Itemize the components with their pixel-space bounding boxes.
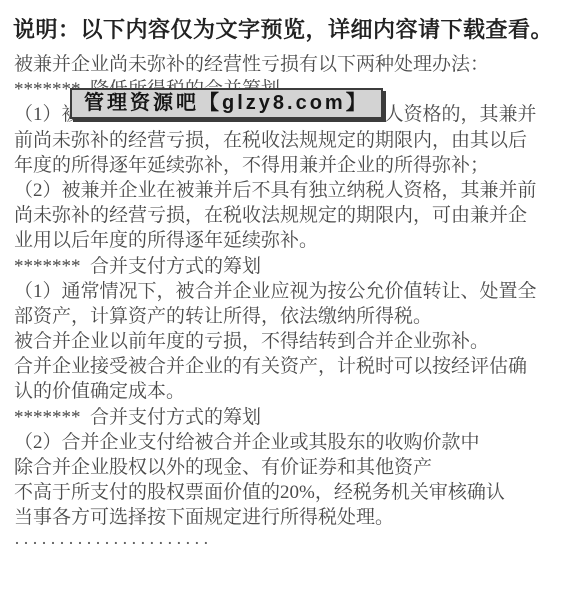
document-body: 被兼并企业尚未弥补的经营性亏损有以下两种处理办法： ******* 降低所得税的…	[14, 52, 572, 556]
text-line: （2）合并企业支付给被合并企业或其股东的收购价款中	[14, 430, 572, 455]
text-line: 被合并企业以前年度的亏损，不得结转到合并企业弥补。	[14, 329, 572, 354]
text-line: （1）通常情况下，被合并企业应视为按公允价值转让、处置全	[14, 279, 572, 304]
text-line: 被兼并企业尚未弥补的经营性亏损有以下两种处理办法：	[14, 52, 572, 77]
text-line: 年度的所得逐年延续弥补，不得用兼并企业的所得弥补；	[14, 153, 572, 178]
watermark-stamp: 管理资源吧【glzy8.com】	[70, 88, 383, 119]
ellipsis-line: ······················	[14, 531, 572, 556]
text-line: 认的价值确定成本。	[14, 379, 572, 404]
section-heading-masked: ******* 合并支付方式的筹划	[14, 405, 572, 430]
text-line: 除合并企业股权以外的现金、有价证券和其他资产	[14, 455, 572, 480]
section-heading-masked: ******* 合并支付方式的筹划	[14, 254, 572, 279]
text-line: 当事各方可选择按下面规定进行所得税处理。	[14, 505, 572, 530]
document-preview-page: 说明：以下内容仅为文字预览，详细内容请下载查看。 被兼并企业尚未弥补的经营性亏损…	[0, 0, 578, 600]
preview-notice-header: 说明：以下内容仅为文字预览，详细内容请下载查看。	[13, 13, 553, 44]
text-line: 尚未弥补的经营亏损，在税收法规规定的期限内，可由兼并企	[14, 203, 572, 228]
text-line: （2）被兼并企业在被兼并后不具有独立纳税人资格，其兼并前	[14, 178, 572, 203]
text-line: 合并企业接受被合并企业的有关资产，计税时可以按经评估确	[14, 354, 572, 379]
text-line: 业用以后年度的所得逐年延续弥补。	[14, 228, 572, 253]
text-line: 前尚未弥补的经营亏损，在税收法规规定的期限内，由其以后	[14, 128, 572, 153]
text-line: 不高于所支付的股权票面价值的20%，经税务机关审核确认	[14, 480, 572, 505]
text-line: 部资产，计算资产的转让所得，依法缴纳所得税。	[14, 304, 572, 329]
